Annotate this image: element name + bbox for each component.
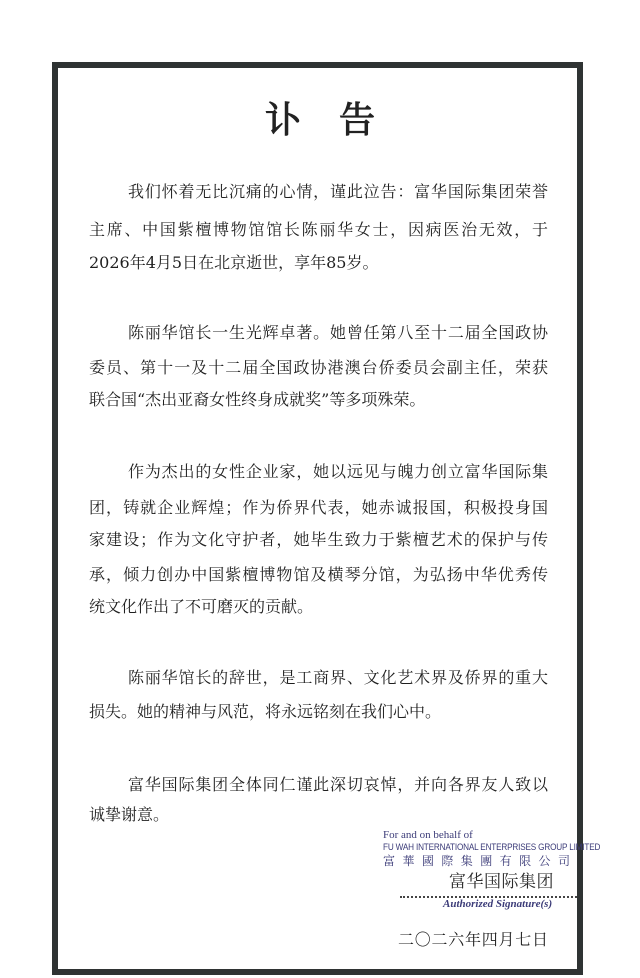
paragraph-3-line-4: 承，倾力创办中国紫檀博物馆及横琴分馆，为弘扬中华优秀传	[89, 564, 548, 586]
paragraph-3-line-1: 作为杰出的女性企业家，她以远见与魄力创立富华国际集	[128, 461, 548, 483]
document-date: 二〇二六年四月七日	[398, 929, 548, 951]
page-title: 讣告	[0, 100, 640, 142]
paragraph-2-line-3: 联合国“杰出亚裔女性终身成就奖”等多项殊荣。	[89, 389, 548, 411]
paragraph-5-line-2: 诚挚谢意。	[89, 804, 548, 826]
stamp-company-chinese: 富華國際集團有限公司	[383, 854, 570, 868]
paragraph-3-line-5: 统文化作出了不可磨灭的贡献。	[89, 596, 548, 618]
paragraph-4-line-1: 陈丽华馆长的辞世，是工商界、文化艺术界及侨界的重大	[128, 667, 548, 689]
paragraph-3-line-3: 家建设；作为文化守护者，她毕生致力于紫檀艺术的保护与传	[89, 529, 548, 551]
paragraph-2-line-2: 委员、第十一及十二届全国政协港澳台侨委员会副主任，荣获	[89, 357, 548, 379]
paragraph-2-line-1: 陈丽华馆长一生光辉卓著。她曾任第八至十二届全国政协	[128, 322, 548, 344]
paragraph-1-line-1: 我们怀着无比沉痛的心情，谨此泣告：富华国际集团荣誉	[128, 181, 548, 203]
signature-company-name: 富华国际集团	[449, 872, 554, 892]
paragraph-5-line-1: 富华国际集团全体同仁谨此深切哀悼，并向各界友人致以	[128, 774, 548, 796]
paragraph-4-line-2: 损失。她的精神与风范，将永远铭刻在我们心中。	[89, 701, 548, 723]
stamp-company-english: FU WAH INTERNATIONAL ENTERPRISES GROUP L…	[383, 842, 574, 853]
paragraph-3-line-2: 团，铸就企业辉煌；作为侨界代表，她赤诚报国，积极投身国	[89, 497, 548, 519]
paragraph-1-line-3: 2026年4月5日在北京逝世，享年85岁。	[89, 252, 548, 274]
paragraph-1-line-2: 主席、中国紫檀博物馆馆长陈丽华女士，因病医治无效，于	[89, 219, 548, 241]
authorized-signature-label: Authorized Signature(s)	[443, 898, 552, 911]
stamp-for-behalf-text: For and on behalf of	[383, 829, 473, 841]
